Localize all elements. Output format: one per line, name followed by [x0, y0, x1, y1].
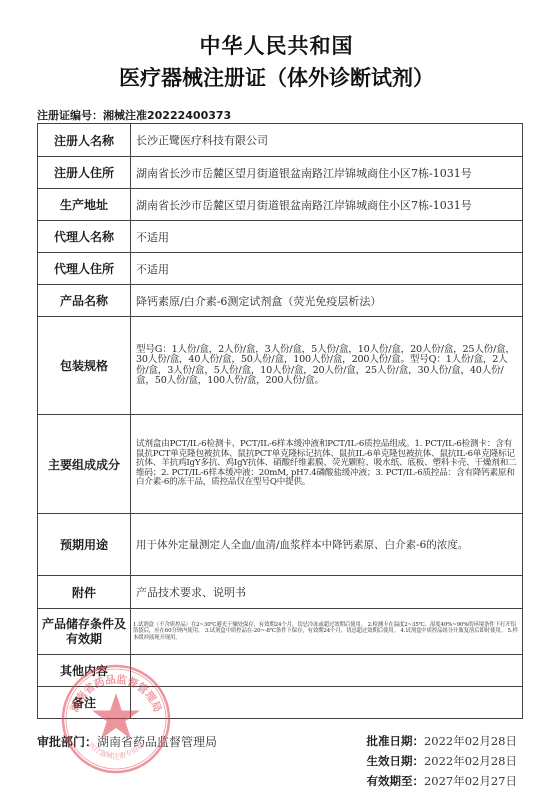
dates-block: 批准日期：2022年02月28日 生效日期：2022年02月28日 有效期至：2…: [366, 731, 517, 791]
row-value: 1.试剂盒（不含质控品）在2~30℃避光干燥处保存，有效期24个月。切忌冷冻或超…: [131, 609, 523, 655]
row-value: [131, 687, 523, 719]
table-row-agent-name: 代理人名称 不适用: [38, 221, 523, 253]
main-components-text: 试剂盒由PCT/IL-6检测卡、PCT/IL-6样本缓冲液和PCT/IL-6质控…: [136, 440, 519, 488]
row-label: 产品储存条件及有效期: [38, 609, 131, 655]
row-label: 包装规格: [38, 317, 131, 415]
certificate-table: 注册人名称 长沙正鹭医疗科技有限公司 注册人住所 湖南省长沙市岳麓区望月街道银盆…: [37, 123, 523, 719]
row-label: 附件: [38, 576, 131, 609]
table-row-registrant-address: 注册人住所 湖南省长沙市岳麓区望月街道银盆南路江岸锦城商住小区7栋-1031号: [38, 157, 523, 189]
row-value: 湖南省长沙市岳麓区望月街道银盆南路江岸锦城商住小区7栋-1031号: [131, 189, 523, 221]
row-label: 代理人住所: [38, 253, 131, 285]
storage-validity-text: 1.试剂盒（不含质控品）在2~30℃避光干燥处保存，有效期24个月。切忌冷冻或超…: [133, 622, 519, 641]
approval-department-label: 审批部门：: [37, 735, 97, 749]
row-label: 产品名称: [38, 285, 131, 317]
row-label: 其他内容: [38, 655, 131, 687]
title-certificate: 医疗器械注册证（体外诊断试剂）: [0, 62, 553, 92]
row-label: 主要组成成分: [38, 415, 131, 514]
row-value: 降钙素原/白介素-6测定试剂盒（荧光免疫层析法）: [131, 285, 523, 317]
registration-number-value: 湘械注准20222400373: [103, 109, 231, 122]
registration-number-label: 注册证编号：: [37, 109, 103, 122]
table-row-remarks: 备注: [38, 687, 523, 719]
row-label: 注册人名称: [38, 124, 131, 157]
row-value: 试剂盒由PCT/IL-6检测卡、PCT/IL-6样本缓冲液和PCT/IL-6质控…: [131, 415, 523, 514]
row-value: 产品技术要求、说明书: [131, 576, 523, 609]
table-row-other-content: 其他内容: [38, 655, 523, 687]
expiry-date-label: 有效期至：: [366, 774, 424, 788]
row-label: 生产地址: [38, 189, 131, 221]
title-country: 中华人民共和国: [0, 30, 553, 60]
table-row-product-name: 产品名称 降钙素原/白介素-6测定试剂盒（荧光免疫层析法）: [38, 285, 523, 317]
table-row-main-components: 主要组成成分 试剂盒由PCT/IL-6检测卡、PCT/IL-6样本缓冲液和PCT…: [38, 415, 523, 514]
row-value: 湖南省长沙市岳麓区望月街道银盆南路江岸锦城商住小区7栋-1031号: [131, 157, 523, 189]
package-spec-text: 型号G：1人份/盒，2人份/盒，3人份/盒，5人份/盒，10人份/盒，20人份/…: [136, 345, 519, 387]
table-row-intended-use: 预期用途 用于体外定量测定人全血/血清/血浆样本中降钙素原、白介素-6的浓度。: [38, 514, 523, 576]
row-value: 不适用: [131, 221, 523, 253]
approval-date-label: 批准日期：: [366, 734, 424, 748]
table-row-registrant-name: 注册人名称 长沙正鹭医疗科技有限公司: [38, 124, 523, 157]
row-label: 注册人住所: [38, 157, 131, 189]
approval-department: 审批部门：湖南省药品监督管理局: [37, 733, 217, 750]
effective-date: 生效日期：2022年02月28日: [366, 751, 517, 771]
table-row-agent-address: 代理人住所 不适用: [38, 253, 523, 285]
approval-date-value: 2022年02月28日: [424, 734, 517, 748]
registration-number: 注册证编号：湘械注准20222400373: [37, 107, 231, 123]
table-row-package-spec: 包装规格 型号G：1人份/盒，2人份/盒，3人份/盒，5人份/盒，10人份/盒，…: [38, 317, 523, 415]
expiry-date-value: 2027年02月27日: [424, 774, 517, 788]
table-row-production-address: 生产地址 湖南省长沙市岳麓区望月街道银盆南路江岸锦城商住小区7栋-1031号: [38, 189, 523, 221]
intended-use-text: 用于体外定量测定人全血/血清/血浆样本中降钙素原、白介素-6的浓度。: [136, 539, 519, 551]
row-label: 备注: [38, 687, 131, 719]
effective-date-value: 2022年02月28日: [424, 754, 517, 768]
approval-date: 批准日期：2022年02月28日: [366, 731, 517, 751]
row-value: 型号G：1人份/盒，2人份/盒，3人份/盒，5人份/盒，10人份/盒，20人份/…: [131, 317, 523, 415]
row-label: 代理人名称: [38, 221, 131, 253]
row-label: 预期用途: [38, 514, 131, 576]
approval-department-value: 湖南省药品监督管理局: [97, 735, 217, 749]
row-value: 不适用: [131, 253, 523, 285]
row-value: 长沙正鹭医疗科技有限公司: [131, 124, 523, 157]
table-row-attachments: 附件 产品技术要求、说明书: [38, 576, 523, 609]
expiry-date: 有效期至：2027年02月27日: [366, 771, 517, 791]
table-row-storage-validity: 产品储存条件及有效期 1.试剂盒（不含质控品）在2~30℃避光干燥处保存，有效期…: [38, 609, 523, 655]
row-value: 用于体外定量测定人全血/血清/血浆样本中降钙素原、白介素-6的浓度。: [131, 514, 523, 576]
row-value: [131, 655, 523, 687]
effective-date-label: 生效日期：: [366, 754, 424, 768]
